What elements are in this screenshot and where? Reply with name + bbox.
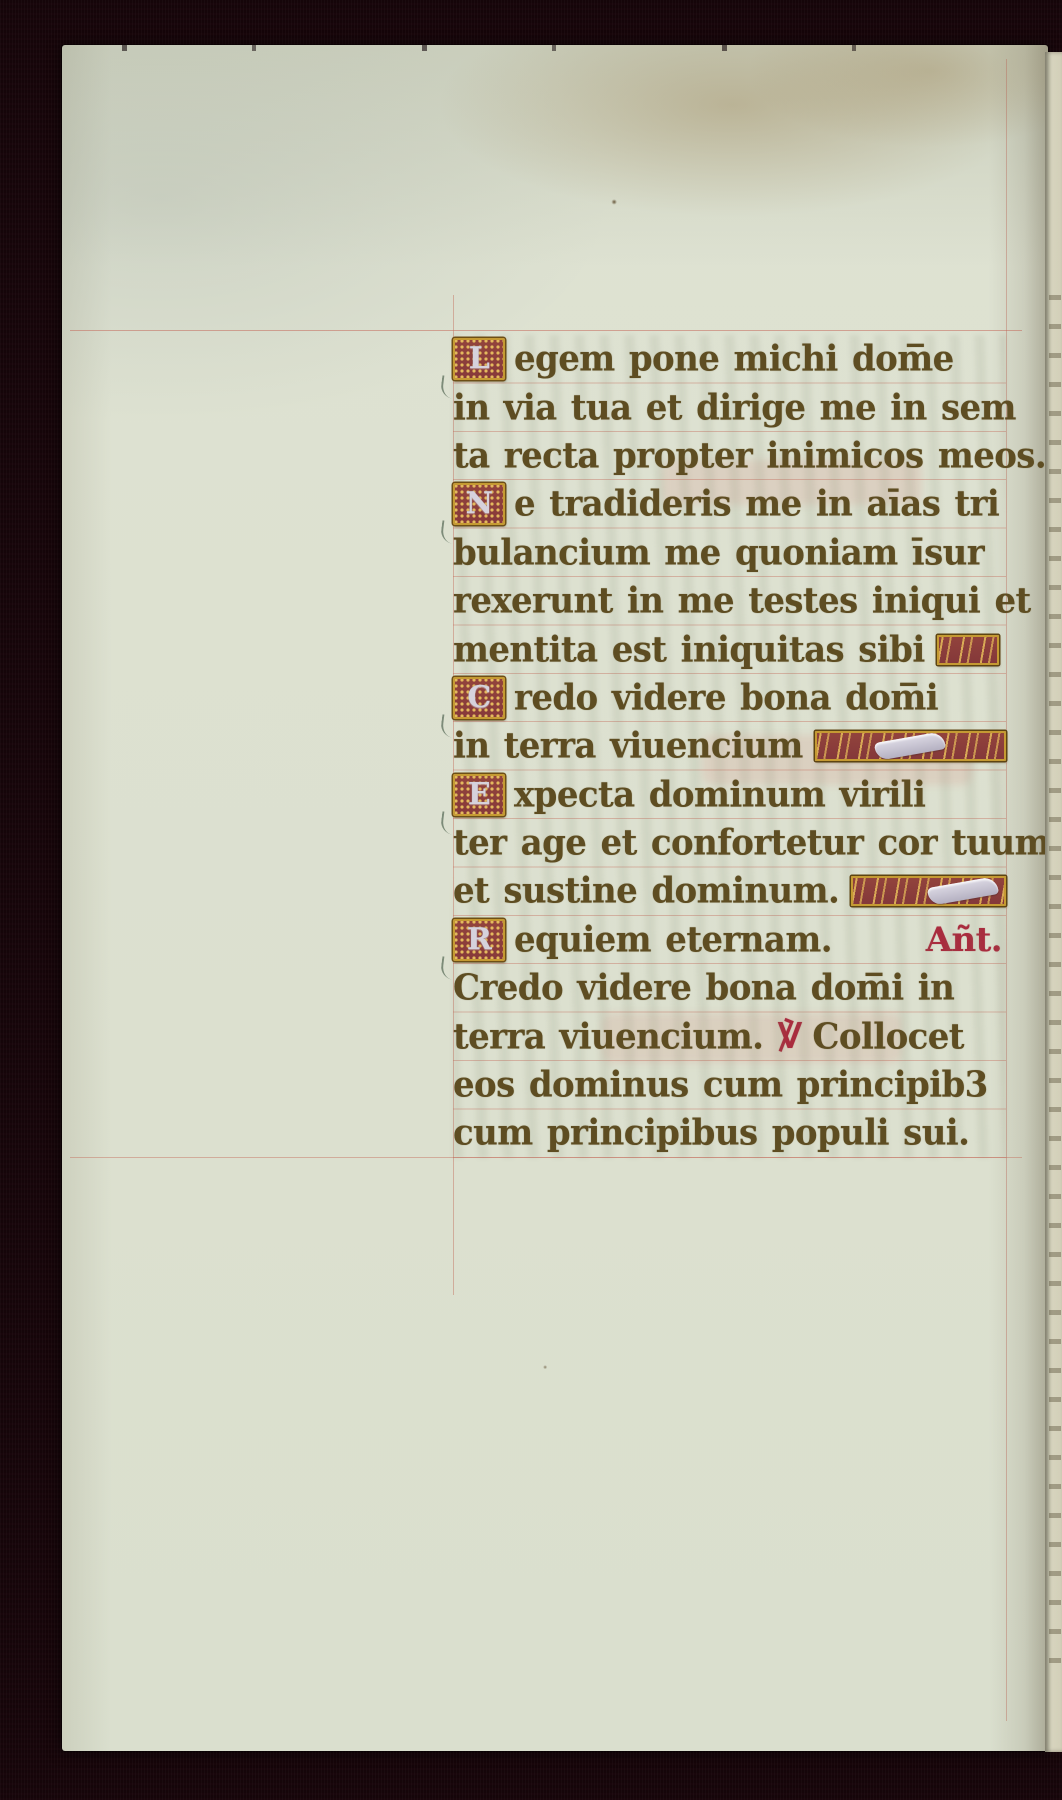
manuscript-line: E xpecta dominum virili: [453, 771, 1006, 819]
line-text: eos dominus cum principib3: [453, 1064, 988, 1106]
line-text: mentita est iniquitas sibi: [453, 629, 925, 671]
page-edge-nicks: [122, 45, 1008, 51]
manuscript-line: L egem pone michi dom̅e: [453, 335, 1006, 383]
initial-letter: E: [468, 780, 490, 810]
gold-line-filler: [851, 876, 1006, 906]
manuscript-line: eos dominus cum principib3: [453, 1061, 1006, 1109]
line-text: in via tua et dirige me in sem: [453, 387, 1016, 429]
antiphon-rubric: Añt.: [926, 920, 1002, 960]
line-text: redo videre bona dom̅i: [514, 677, 938, 719]
line-text: egem pone michi dom̅e: [514, 338, 954, 380]
manuscript-line: mentita est iniquitas sibi: [453, 625, 1006, 673]
line-text: cum principibus populi sui.: [453, 1113, 969, 1155]
text-block: L egem pone michi dom̅e in via tua et di…: [453, 335, 1006, 1158]
illuminated-initial-C: C: [453, 677, 505, 719]
manuscript-line: bulancium me quoniam īsur: [453, 529, 1006, 577]
manuscript-line: in terra viuencium: [453, 722, 1006, 770]
manuscript-line: et sustine dominum.: [453, 867, 1006, 915]
line-text: xpecta dominum virili: [514, 774, 925, 816]
initial-letter: C: [467, 683, 490, 713]
adjacent-folio-text-fragments: [1049, 282, 1061, 1682]
initial-letter: L: [469, 344, 490, 374]
illuminated-initial-L: L: [453, 338, 505, 380]
ruling-line-top: [70, 330, 1022, 331]
manuscript-line: N e tradideris me in aīas tri: [453, 480, 1006, 528]
manuscript-line: R equiem eternam. Añt.: [453, 916, 1006, 964]
line-text: Credo videre bona dom̅i in: [453, 967, 954, 1009]
gold-line-filler: [815, 731, 1006, 761]
illuminated-initial-R: R: [453, 919, 505, 961]
parchment-page: L egem pone michi dom̅e in via tua et di…: [62, 45, 1048, 1751]
grey-leaf-ornament: [874, 731, 946, 761]
manuscript-line: Credo videre bona dom̅i in: [453, 964, 1006, 1012]
manuscript-line: in via tua et dirige me in sem: [453, 383, 1006, 431]
initial-letter: N: [466, 489, 493, 519]
initial-letter: R: [467, 925, 491, 955]
line-text: et sustine dominum.: [453, 871, 839, 913]
illuminated-initial-N: N: [453, 483, 505, 525]
manuscript-line: cum principibus populi sui.: [453, 1109, 1006, 1157]
manuscript-line: ta recta propter inimicos meos.: [453, 432, 1006, 480]
versicle-mark: ℣: [777, 1017, 802, 1057]
line-text: ter age et confortetur cor tuum: [453, 822, 1050, 864]
ruling-line-right: [1006, 59, 1007, 1721]
line-text: bulancium me quoniam īsur: [453, 532, 984, 574]
line-text: ta recta propter inimicos meos.: [453, 435, 1046, 477]
illuminated-initial-E: E: [453, 774, 505, 816]
manuscript-line: C redo videre bona dom̅i: [453, 674, 1006, 722]
manuscript-line: rexerunt in me testes iniqui et: [453, 577, 1006, 625]
line-text: equiem eternam.: [514, 919, 832, 961]
line-text: e tradideris me in aīas tri: [514, 484, 999, 526]
line-text: Collocet: [812, 1016, 964, 1058]
manuscript-line: ter age et confortetur cor tuum: [453, 819, 1006, 867]
line-text: rexerunt in me testes iniqui et: [453, 580, 1031, 622]
gold-line-filler: [937, 635, 999, 665]
grey-leaf-ornament: [927, 877, 999, 907]
manuscript-line: terra viuencium. ℣ Collocet: [453, 1012, 1006, 1060]
manuscript-photo: { "document": { "description": "Illumina…: [0, 0, 1062, 1800]
adjacent-folio-edge: [1045, 52, 1062, 1752]
line-text: terra viuencium.: [453, 1016, 763, 1058]
line-text: in terra viuencium: [453, 726, 803, 768]
